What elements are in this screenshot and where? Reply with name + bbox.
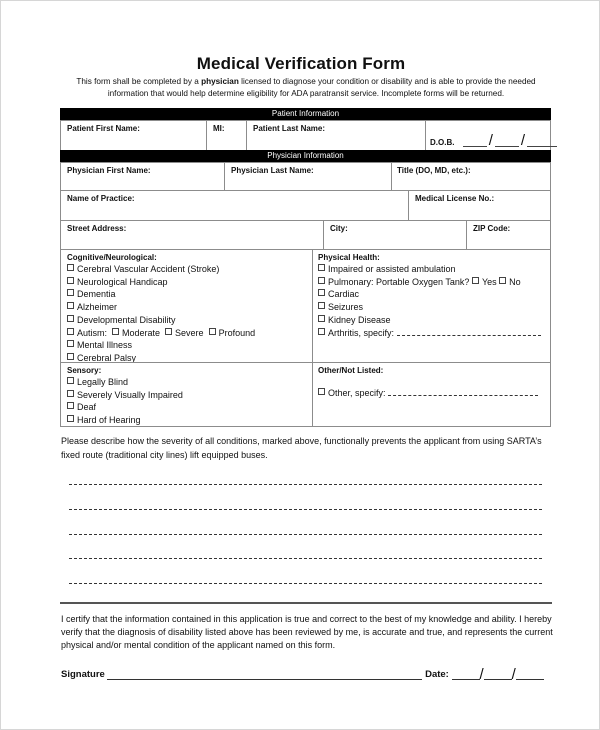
description-line[interactable] [69,534,542,535]
physician-last-name-label: Physician Last Name: [225,163,391,175]
description-line[interactable] [69,558,542,559]
condition-option[interactable]: Dementia [67,288,312,301]
checkbox-icon[interactable] [318,302,325,309]
physician-info-header: Physician Information [60,150,551,162]
autism-level-option[interactable]: Severe [165,328,204,338]
checkbox-icon[interactable] [67,377,74,384]
checkbox-icon[interactable] [67,302,74,309]
checkbox-icon[interactable] [209,328,216,335]
condition-option[interactable]: Cerebral Vascular Accident (Stroke) [67,263,312,276]
checkbox-icon[interactable] [318,388,325,395]
option-label: Cardiac [328,289,359,299]
practice-name-label: Name of Practice: [61,191,408,203]
city-field[interactable]: City: [323,220,467,250]
ambulation-option[interactable]: Impaired or assisted ambulation [318,263,550,276]
oxygen-no-checkbox[interactable] [499,277,506,284]
checkbox-icon[interactable] [67,264,74,271]
condition-option[interactable]: Kidney Disease [318,314,550,327]
option-label: Kidney Disease [328,315,391,325]
checkbox-icon[interactable] [318,264,325,271]
checkbox-icon[interactable] [318,277,325,284]
option-label: Developmental Disability [77,315,176,325]
date-label: Date: [425,669,449,680]
autism-option[interactable]: Autism:ModerateSevereProfound [67,327,312,340]
patient-mi-label: MI: [207,121,246,133]
physical-title: Physical Health: [318,253,550,262]
physician-first-name-label: Physician First Name: [61,163,224,175]
patient-first-name-field[interactable]: Patient First Name: [60,120,207,151]
description-line[interactable] [69,509,542,510]
other-specify-blank[interactable] [388,387,538,396]
checkbox-icon[interactable] [318,315,325,322]
condition-option[interactable]: Cardiac [318,288,550,301]
autism-level-option[interactable]: Moderate [112,328,160,338]
checkbox-icon[interactable] [67,390,74,397]
option-label: Deaf [77,402,96,412]
condition-option[interactable]: Seizures [318,301,550,314]
cognitive-title: Cognitive/Neurological: [67,253,312,262]
signature-field[interactable] [107,670,422,680]
option-label: Other, specify: [328,388,386,398]
dob-row: D.O.B. // [430,135,559,147]
patient-last-name-field[interactable]: Patient Last Name: [246,120,426,151]
date-day-blank[interactable] [484,670,512,680]
option-label: Dementia [77,289,116,299]
option-label: Neurological Handicap [77,277,168,287]
intro-text: This form shall be completed by a [76,77,201,86]
cognitive-section: Cognitive/Neurological: Cerebral Vascula… [60,249,313,363]
patient-info-header: Patient Information [60,108,551,120]
option-label: Impaired or assisted ambulation [328,264,456,274]
signature-row: Signature Date: // [61,669,544,680]
sensory-title: Sensory: [67,366,312,375]
autism-level-label: Moderate [122,328,160,338]
date-month-blank[interactable] [452,670,480,680]
physician-title-field[interactable]: Title (DO, MD, etc.): [391,162,551,191]
dob-slash: / [521,132,525,149]
signature-label: Signature [61,669,105,680]
sensory-section: Sensory: Legally BlindSeverely Visually … [60,362,313,427]
patient-mi-field[interactable]: MI: [206,120,247,151]
zip-code-label: ZIP Code: [467,221,550,233]
medical-license-label: Medical License No.: [409,191,550,203]
checkbox-icon[interactable] [112,328,119,335]
arthritis-option[interactable]: Arthritis, specify: [318,327,550,340]
date-year-blank[interactable] [516,670,544,680]
medical-license-field[interactable]: Medical License No.: [408,190,551,221]
autism-level-label: Profound [219,328,256,338]
description-line[interactable] [69,484,542,485]
no-label: No [509,277,521,287]
option-label: Legally Blind [77,377,128,387]
option-label: Cerebral Vascular Accident (Stroke) [77,264,219,274]
dob-label: D.O.B. [430,138,454,147]
condition-option[interactable]: Hard of Hearing [67,414,312,427]
patient-last-name-label: Patient Last Name: [247,121,425,133]
dob-year-blank[interactable] [527,138,557,147]
autism-level-label: Severe [175,328,204,338]
dob-day-blank[interactable] [495,138,519,147]
checkbox-icon[interactable] [318,328,325,335]
checkbox-icon[interactable] [67,415,74,422]
practice-name-field[interactable]: Name of Practice: [60,190,409,221]
condition-option[interactable]: Neurological Handicap [67,276,312,289]
street-address-field[interactable]: Street Address: [60,220,324,250]
checkbox-icon[interactable] [67,277,74,284]
form-page: Medical Verification Form This form shal… [0,0,600,730]
certification-text: I certify that the information contained… [61,613,554,653]
condition-option[interactable]: Severely Visually Impaired [67,389,312,402]
yes-label: Yes [482,277,497,287]
description-prompt: Please describe how the severity of all … [61,434,554,462]
option-label: Hard of Hearing [77,415,141,425]
option-label: Alzheimer [77,302,117,312]
option-label: Mental Illness [77,340,132,350]
oxygen-yes-checkbox[interactable] [472,277,479,284]
checkbox-icon[interactable] [67,353,74,360]
autism-level-option[interactable]: Profound [209,328,256,338]
condition-option[interactable]: Legally Blind [67,376,312,389]
option-label: Pulmonary: Portable Oxygen Tank? [328,277,469,287]
condition-option[interactable]: Alzheimer [67,301,312,314]
checkbox-icon[interactable] [67,289,74,296]
checkbox-icon[interactable] [165,328,172,335]
option-label: Arthritis, specify: [328,328,394,338]
physician-last-name-field[interactable]: Physician Last Name: [224,162,392,191]
city-label: City: [324,221,466,233]
checkbox-icon[interactable] [67,340,74,347]
intro-bold-text: physician [201,77,239,86]
zip-code-field[interactable]: ZIP Code: [466,220,551,250]
description-line[interactable] [69,583,542,584]
option-label: Seizures [328,302,363,312]
pulmonary-option[interactable]: Pulmonary: Portable Oxygen Tank? Yes No [318,276,550,289]
checkbox-icon[interactable] [67,315,74,322]
physician-first-name-field[interactable]: Physician First Name: [60,162,225,191]
other-section: Other/Not Listed: Other, specify: [312,362,551,427]
form-title: Medical Verification Form [1,54,600,74]
other-title: Other/Not Listed: [318,366,550,375]
patient-first-name-label: Patient First Name: [61,121,206,133]
dob-slash: / [489,132,493,149]
physician-title-label: Title (DO, MD, etc.): [392,163,550,175]
other-option[interactable]: Other, specify: [318,387,550,400]
option-label: Severely Visually Impaired [77,390,183,400]
condition-option[interactable]: Mental Illness [67,339,312,352]
condition-option[interactable]: Deaf [67,401,312,414]
dob-month-blank[interactable] [463,138,487,147]
condition-option[interactable]: Developmental Disability [67,314,312,327]
section-divider [60,602,552,604]
checkbox-icon[interactable] [67,402,74,409]
physical-health-section: Physical Health: Impaired or assisted am… [312,249,551,363]
form-intro: This form shall be completed by a physic… [61,76,551,100]
street-address-label: Street Address: [61,221,323,233]
arthritis-specify-blank[interactable] [397,327,541,336]
patient-dob-field[interactable]: D.O.B. // [425,120,551,151]
checkbox-icon[interactable] [67,328,74,335]
checkbox-icon[interactable] [318,289,325,296]
autism-label: Autism: [77,328,107,338]
